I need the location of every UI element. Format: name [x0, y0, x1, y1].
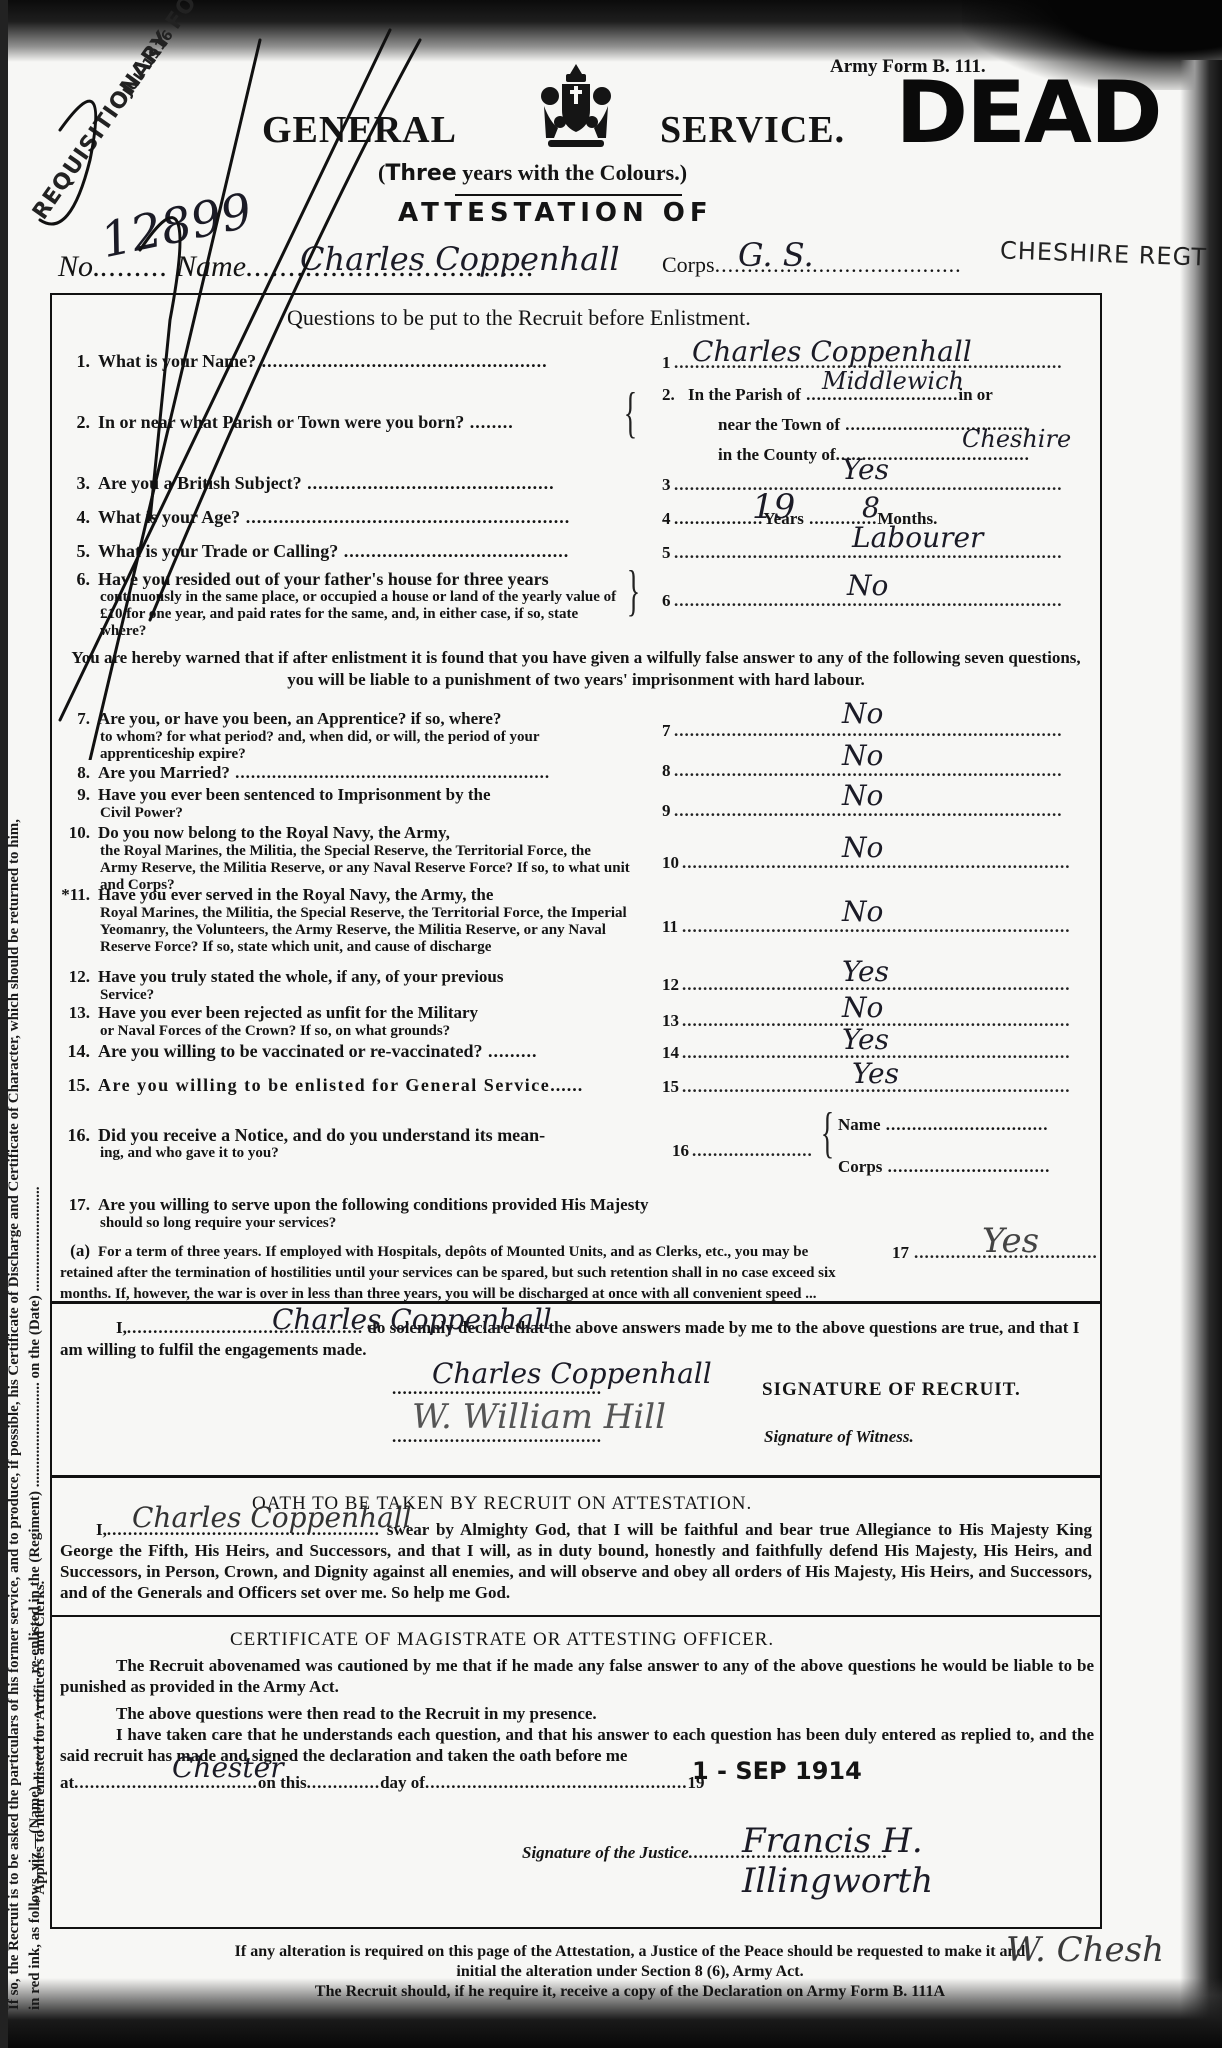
answer-15-num: 15	[662, 1077, 679, 1097]
question-1: 1.What is your Name? ...................…	[60, 351, 548, 371]
question-10: 10.Do you now belong to the Royal Navy, …	[60, 823, 630, 894]
question-11: *11.Have you ever served in the Royal Na…	[48, 885, 630, 956]
name-label: Name	[176, 250, 246, 283]
answer-10-num: 10	[662, 853, 679, 873]
questions-box: Questions to be put to the Recruit befor…	[50, 293, 1102, 1929]
answer-11-dots: ........................................…	[682, 917, 1098, 937]
subtitle: (Three years with the Colours.)	[378, 160, 687, 186]
scan-edge-right	[1180, 60, 1222, 2048]
date-stamp: 1 - SEP 1914	[692, 1757, 862, 1785]
divider-certificate	[52, 1615, 1100, 1617]
margin-note-line-3: * Applies to men enlisted for Artificers…	[30, 1005, 51, 1905]
witness-signature: W. William Hill	[412, 1397, 666, 1437]
royal-coat-of-arms-icon	[540, 62, 612, 154]
answer-7-value: No	[842, 697, 883, 730]
question-8: 8.Are you Married? .....................…	[60, 763, 550, 783]
question-16: 16.Did you receive a Notice, and do you …	[60, 1125, 640, 1162]
answer-16-name: Name ...............................	[838, 1115, 1048, 1135]
dead-stamp: DEAD	[895, 70, 1160, 156]
certificate-text: The Recruit abovenamed was cautioned by …	[60, 1655, 1094, 1766]
witness-signature-label: Signature of Witness.	[764, 1427, 914, 1447]
corps-value: G. S.	[738, 236, 814, 274]
recruit-name-header: Charles Coppenhall	[300, 240, 620, 278]
question-5: 5.What is your Trade or Calling? .......…	[60, 541, 569, 561]
answer-16-corps: Corps ...............................	[838, 1157, 1050, 1177]
answer-12-value: Yes	[842, 955, 889, 988]
answer-2-parish-value: Middlewich	[822, 367, 964, 395]
answer-13-dots: ........................................…	[682, 1011, 1098, 1031]
answer-10-value: No	[842, 831, 883, 864]
answer-17-value: Yes	[982, 1221, 1039, 1261]
answer-12-dots: ........................................…	[682, 975, 1098, 995]
regiment-stamp: CHESHIRE REGT	[1000, 236, 1208, 271]
answer-6-value: No	[847, 569, 888, 602]
divider-oath	[52, 1475, 1100, 1478]
answer-7-num: 7	[662, 721, 671, 741]
question-9: 9.Have you ever been sentenced to Impris…	[60, 785, 630, 822]
answer-13-value: No	[842, 991, 883, 1024]
question-15: 15.Are you willing to be enlisted for Ge…	[60, 1075, 583, 1095]
certificate-para-1: The Recruit abovenamed was cautioned by …	[60, 1655, 1094, 1697]
answer-6-num: 6	[662, 591, 671, 611]
answer-10-dots: ........................................…	[682, 853, 1098, 873]
title-service: SERVICE.	[660, 108, 845, 152]
answer-3-num: 3	[662, 475, 671, 495]
answer-9-dots: ........................................…	[674, 801, 1098, 821]
recruit-signature: Charles Coppenhall	[432, 1357, 712, 1390]
answer-3-value: Yes	[842, 453, 889, 486]
attestation-heading: ATTESTATION OF	[398, 198, 713, 228]
margin-handwriting: W. Chesh	[1006, 1930, 1164, 1970]
questions-title: Questions to be put to the Recruit befor…	[287, 305, 751, 331]
answer-16-num: 16	[672, 1141, 689, 1161]
answer-8-value: No	[842, 739, 883, 772]
recruit-signature-label: SIGNATURE OF RECRUIT.	[762, 1379, 1021, 1401]
certificate-place: Chester	[172, 1751, 284, 1784]
answer-8-num: 8	[662, 761, 671, 781]
subtitle-bold: Three	[385, 161, 456, 186]
oath-name: Charles Coppenhall	[132, 1501, 412, 1534]
subtitle-rule	[455, 194, 682, 196]
answer-14-value: Yes	[842, 1023, 889, 1056]
answer-2-county-value: Cheshire	[962, 425, 1071, 453]
answer-16-dots: .........................	[692, 1141, 812, 1161]
margin-note-line-1: If so, the Recruit is to be asked the pa…	[4, 130, 25, 2010]
question-13: 13.Have you ever been rejected as unfit …	[60, 1003, 630, 1040]
answer-12-num: 12	[662, 975, 679, 995]
answer-4-years: 19	[752, 487, 795, 527]
answer-11-num: 11	[662, 917, 678, 937]
declaration-name: Charles Coppenhall	[272, 1303, 552, 1336]
question-4: 4.What is your Age? ....................…	[60, 507, 570, 527]
answer-9-num: 9	[662, 801, 671, 821]
footer-line-3: The Recruit should, if he require it, re…	[80, 1982, 1180, 2002]
answer-17-num: 17	[892, 1243, 909, 1263]
declaration-text: I,......................................…	[60, 1317, 1090, 1361]
answer-2-num: 2.	[662, 385, 675, 405]
divider-declaration	[52, 1301, 1100, 1304]
subtitle-post: years with the Colours.)	[457, 160, 687, 185]
brace-2: {	[624, 385, 637, 441]
answer-1-name: Charles Coppenhall	[692, 335, 972, 368]
answer-7-dots: ........................................…	[674, 721, 1098, 741]
brace-16: {	[821, 1105, 834, 1161]
justice-signature: Francis H. Illingworth	[742, 1821, 1100, 1901]
answer-1-num: 1	[662, 353, 671, 373]
certificate-place-date-line: at...................................on …	[60, 1773, 704, 1793]
answer-11-value: No	[842, 895, 883, 928]
answer-4-months: 8	[862, 491, 880, 524]
answer-13-num: 13	[662, 1011, 679, 1031]
corps-label: Corps	[662, 252, 715, 277]
question-6: 6.Have you resided out of your father's …	[60, 569, 620, 640]
question-7: 7.Are you, or have you been, an Apprenti…	[60, 709, 630, 763]
answer-14-num: 14	[662, 1043, 679, 1063]
answer-5-value: Labourer	[852, 521, 983, 554]
warning-text: You are hereby warned that if after enli…	[60, 647, 1092, 691]
title-general: GENERAL	[262, 108, 457, 152]
answer-5-num: 5	[662, 543, 671, 563]
certificate-para-2: The above questions were then read to th…	[60, 1703, 1094, 1724]
answer-15-value: Yes	[852, 1057, 899, 1090]
answer-4-num: 4	[662, 509, 671, 529]
attestation-document: If so, the Recruit is to be asked the pa…	[0, 0, 1222, 2048]
condition-a: (a)For a term of three years. If employe…	[60, 1241, 860, 1304]
no-label: No.	[58, 250, 101, 283]
brace-6: }	[627, 563, 640, 619]
question-12: 12.Have you truly stated the whole, if a…	[60, 967, 630, 1004]
question-17: 17.Are you willing to serve upon the fol…	[60, 1195, 860, 1232]
question-14: 14.Are you willing to be vaccinated or r…	[60, 1041, 537, 1061]
answer-9-value: No	[842, 779, 883, 812]
question-3: 3.Are you a British Subject? ...........…	[60, 473, 555, 493]
certificate-title: CERTIFICATE OF MAGISTRATE OR ATTESTING O…	[230, 1629, 774, 1651]
answer-8-dots: ........................................…	[674, 761, 1098, 781]
question-2: 2.In or near what Parish or Town were yo…	[60, 412, 514, 432]
